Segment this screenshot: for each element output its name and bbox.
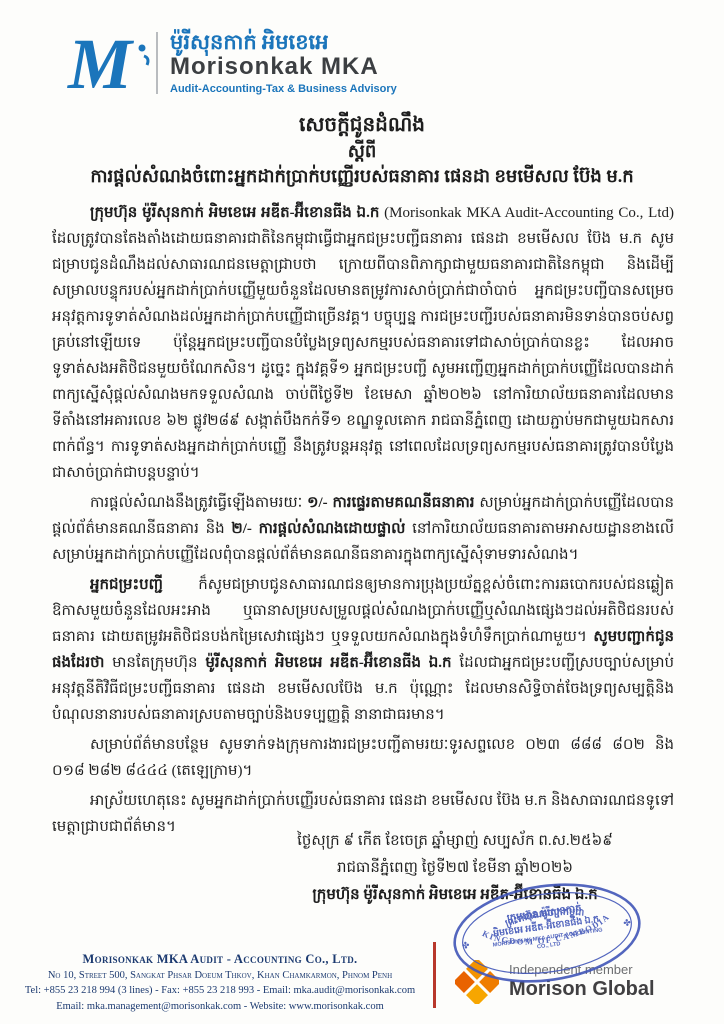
logo-divider — [156, 32, 158, 94]
text-run-bold: ២/- ការផ្តល់សំណងដោយផ្ទាល់ — [231, 521, 412, 537]
text-run: សម្រាប់ព័ត៌មានបន្ថែម សូមទាក់ទងក្រុមការងា… — [52, 737, 674, 779]
paragraph-compensation-methods: ការផ្តល់សំណងនឹងត្រូវធ្វើឡើងតាមរយៈ ១/- កា… — [52, 490, 674, 568]
lunar-date-line: ថ្ងៃសុក្រ ៩ កើត ខែចេត្រ ឆ្នាំម្សាញ់ សប្ប… — [230, 828, 680, 855]
text-run-bold: អ្នកជម្រះបញ្ជី — [90, 577, 198, 593]
seal-outer-ring — [448, 874, 645, 993]
document-subject: ការផ្តល់សំណងចំពោះអ្នកដាក់ប្រាក់បញ្ញើរបស់… — [0, 163, 724, 190]
text-run: ការផ្តល់សំណងនឹងត្រូវធ្វើឡើងតាមរយៈ — [90, 495, 307, 511]
paragraph-intro: ក្រុមហ៊ុន ម៉ូរីសុនកាក់ អិមខេអេ អឌីត-អ៊ីខ… — [52, 200, 674, 486]
footer-divider — [433, 942, 436, 1008]
logo-monogram: M — [67, 26, 135, 100]
text-run: មានតែក្រុមហ៊ុន — [112, 655, 205, 671]
logo-text: ម៉ូរីសុនកាក់ អិមខេអេ Morisonkak MKA Audi… — [170, 31, 397, 96]
logo-curl — [144, 56, 148, 65]
footer-address: No 10, Street 500, Sangkat Phsar Doeum T… — [14, 968, 426, 983]
seal-left-ornament: ✤ — [461, 940, 470, 951]
document-page: M ម៉ូរីសុនកាក់ អិមខេអេ Morisonkak MKA Au… — [0, 0, 724, 1024]
text-run-bold: ម៉ូរីសុនកាក់ អិមខេអេ អឌីត-អ៊ីខោនធីង ឯ.ក — [205, 655, 459, 671]
text-run-bold: ក្រុមហ៊ុន ម៉ូរីសុនកាក់ អិមខេអេ អឌីត-អ៊ីខ… — [90, 205, 384, 221]
document-subtitle: ស្តីពី — [0, 139, 724, 163]
footer-email-website: Email: mka.management@morisonkak.com - W… — [14, 999, 426, 1014]
logo-latin-name: Morisonkak MKA — [170, 54, 397, 81]
footer-phone-fax-email: Tel: +855 23 218 994 (3 lines) - Fax: +8… — [14, 983, 426, 998]
logo-m-icon: M — [66, 26, 154, 100]
paragraph-contact-info: សម្រាប់ព័ត៌មានបន្ថែម សូមទាក់ទងក្រុមការងា… — [52, 732, 674, 784]
logo-tagline: Audit-Accounting-Tax & Business Advisory — [170, 83, 397, 95]
logo-khmer-name: ម៉ូរីសុនកាក់ អិមខេអេ — [170, 31, 397, 55]
footer-contact-block: Morisonkak MKA Audit - Accounting Co., L… — [14, 950, 426, 1014]
text-run: (Morisonkak MKA Audit-Accounting Co., Lt… — [52, 205, 674, 481]
document-body: ក្រុមហ៊ុន ម៉ូរីសុនកាក់ អិមខេអេ អឌីត-អ៊ីខ… — [52, 200, 674, 844]
paragraph-fraud-warning: អ្នកជម្រះបញ្ជី ក៏សូមជម្រាបជូនសាធារណជនឲ្យ… — [52, 572, 674, 728]
text-run-bold: ១/- ការផ្ទេរតាមគណនីធនាគារ — [307, 495, 479, 511]
footer-company-name: Morisonkak MKA Audit - Accounting Co., L… — [14, 950, 426, 968]
logo-dot — [139, 45, 146, 52]
document-title: សេចក្តីជូនដំណឹង — [0, 112, 724, 139]
title-block: សេចក្តីជូនដំណឹង ស្តីពី ការផ្តល់សំណងចំពោះ… — [0, 112, 724, 190]
company-logo: M ម៉ូរីសុនកាក់ អិមខេអេ Morisonkak MKA Au… — [66, 26, 397, 100]
